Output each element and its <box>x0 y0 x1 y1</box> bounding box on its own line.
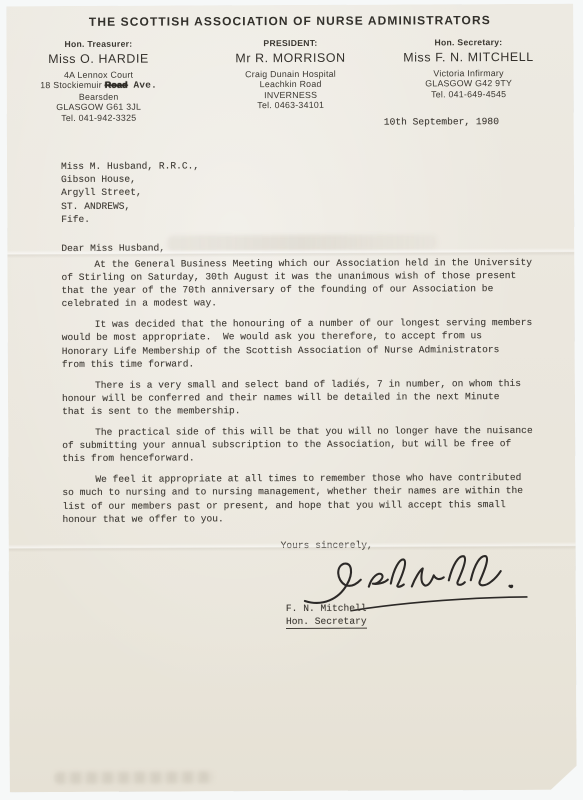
signature-stroke <box>369 574 388 587</box>
text-line: honour that we offer to you. <box>62 510 542 525</box>
address-line: Tel. 041-649-4545 <box>384 89 554 100</box>
signature-stroke <box>412 568 444 586</box>
typed-signature-title: Hon. Secretary <box>286 616 367 629</box>
letter-page: THE SCOTTISH ASSOCIATION OF NURSE ADMINI… <box>6 4 576 792</box>
text-line: celebrated in a modest way. <box>62 295 542 310</box>
corner-fold <box>547 760 577 790</box>
text-line: list of our members past or present, and… <box>62 497 542 512</box>
body-paragraph: At the General Business Meeting which ou… <box>61 256 541 310</box>
signature-stroke <box>471 556 501 585</box>
faint-stamp <box>55 771 215 784</box>
secretary-address: Victoria Infirmary GLASGOW G42 9TY Tel. … <box>384 68 554 100</box>
letterhead-title: THE SCOTTISH ASSOCIATION OF NURSE ADMINI… <box>6 13 573 29</box>
address-line: GLASGOW G61 3JL <box>14 102 184 113</box>
body-paragraph: The practical side of this will be that … <box>62 424 542 465</box>
signature-stroke <box>510 586 512 587</box>
text-line: Fife. <box>61 212 199 226</box>
body-paragraph: There is a very small and select band of… <box>62 377 542 418</box>
address-line: GLASGOW G42 9TY <box>384 78 554 89</box>
salutation: Dear Miss Husband, <box>61 243 165 254</box>
president-name: Mr R. MORRISON <box>205 51 375 66</box>
signature-stroke <box>305 563 361 602</box>
text-line: Argyll Street, <box>61 186 199 200</box>
text-line: ST. ANDREWS, <box>61 199 199 213</box>
address-line: Tel. 041-942-3325 <box>14 112 184 123</box>
address-line-corrected: 18 Stockiemuir Road Ave. <box>14 80 184 92</box>
president-block: PRESIDENT: Mr R. MORRISON Craig Dunain H… <box>205 38 375 111</box>
typed-correction: Ave. <box>128 80 157 91</box>
president-role-label: PRESIDENT: <box>205 38 375 49</box>
treasurer-address: 4A Lennox Court 18 Stockiemuir Road Ave.… <box>14 69 184 123</box>
address-line: INVERNESS <box>206 89 376 100</box>
address-line-part: 18 Stockiemuir <box>40 80 104 90</box>
address-line: Craig Dunain Hospital <box>206 69 376 80</box>
recipient-block: Miss M. Husband, R.R.C.,Gibson House,Arg… <box>61 159 199 226</box>
signature-underline <box>351 597 527 611</box>
body-paragraph: We feel it appropriate at all times to r… <box>62 471 542 525</box>
address-line: Leachkin Road <box>206 79 376 90</box>
signature-stroke <box>391 559 405 586</box>
date-line: 10th September, 1980 <box>384 116 499 128</box>
letter-body: At the General Business Meeting which ou… <box>61 256 542 534</box>
secretary-role-label: Hon. Secretary: <box>383 37 553 48</box>
typed-signature-name: F. N. Mitchell <box>286 603 367 614</box>
paper-smudge <box>167 234 437 251</box>
treasurer-name: Miss O. HARDIE <box>13 51 183 66</box>
address-line: Victoria Infirmary <box>384 68 554 79</box>
struck-out-word: Road <box>105 80 128 90</box>
text-line: that is sent to the membership. <box>62 403 542 418</box>
address-line: Tel. 0463-34101 <box>206 100 376 111</box>
text-line: Miss M. Husband, R.R.C., <box>61 159 199 173</box>
text-line: that the year of the 70th anniversary of… <box>62 282 542 297</box>
text-line: of submitting your annual subscription t… <box>62 437 542 452</box>
text-line: this from henceforward. <box>62 450 542 465</box>
treasurer-role-label: Hon. Treasurer: <box>13 38 183 49</box>
treasurer-block: Hon. Treasurer: Miss O. HARDIE 4A Lennox… <box>13 38 183 123</box>
secretary-block: Hon. Secretary: Miss F. N. MITCHELL Vict… <box>383 37 553 100</box>
secretary-name: Miss F. N. MITCHELL <box>383 50 553 65</box>
text-line: honour will be conferred and their names… <box>62 390 542 405</box>
text-line: Honorary Life Membership of the Scottish… <box>62 342 542 357</box>
text-line: from this time forward. <box>62 356 542 371</box>
text-line: Gibson House, <box>61 173 199 187</box>
president-address: Craig Dunain Hospital Leachkin Road INVE… <box>206 69 376 111</box>
signature-stroke <box>449 556 465 585</box>
overstrike-artifact: ( <box>355 377 361 388</box>
address-line: Bearsden <box>14 91 184 102</box>
body-paragraph: It was decided that the honouring of a n… <box>62 316 542 370</box>
